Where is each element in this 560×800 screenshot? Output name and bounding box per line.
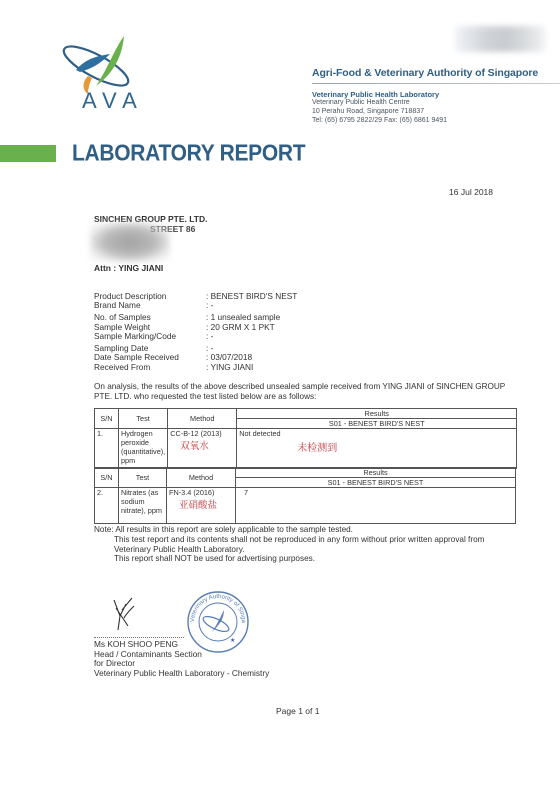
header-method: Method [167,468,236,488]
sample-info: Product Description: BENEST BIRD'S NEST … [94,292,297,372]
lab-address: 10 Perahu Road, Singapore 718837 [312,108,424,115]
info-label: Sample Marking/Code [94,332,206,341]
addressee-attn: Attn : YING JIANI [94,263,163,273]
info-value: : YING JIANI [206,363,253,372]
header-test: Test [119,468,167,488]
lab-centre: Veterinary Public Health Centre [312,99,410,106]
header-sn: S/N [95,468,119,488]
title-accent-bar [0,145,56,162]
note-line: Note: All results in this report are sol… [94,525,484,535]
header-method: Method [168,409,237,429]
info-row: Sample Marking/Code: - [94,332,297,341]
info-value: : - [206,332,213,341]
cell-method: CC-B-12 (2013)双氧水 [168,429,237,469]
note-line: This test report and its contents shall … [94,535,484,545]
header-results: Results [237,409,517,419]
info-row: Brand Name: - [94,301,297,310]
cell-sn: 1. [95,429,119,469]
page-number: Page 1 of 1 [276,706,319,716]
results-table-1: S/N Test Method Results S01 - BENEST BIR… [94,408,517,469]
logo-text: AVA [82,88,144,114]
note-line: This report shall NOT be used for advert… [94,554,484,564]
lab-contact: Tel: (65) 6795 2822/29 Fax: (65) 6861 94… [312,117,447,124]
cell-result: 7 [236,488,516,524]
header-divider [312,83,560,84]
info-value: : - [206,301,213,310]
table-row: 2. Nitrates (as sodium nitrate), ppm FN-… [95,488,516,524]
lab-name: Veterinary Public Health Laboratory [312,90,439,99]
signatory-department: Veterinary Public Health Laboratory - Ch… [94,669,269,679]
intro-paragraph: On analysis, the results of the above de… [94,382,514,402]
cell-sn: 2. [95,488,119,524]
method-annotation: 亚硝酸盐 [179,500,217,511]
signatory-block: Ms KOH SHOO PENG Head / Contaminants Sec… [94,640,269,678]
signature-line [94,637,184,638]
address-redaction [90,222,170,262]
report-date: 16 Jul 2018 [449,187,493,197]
header-sample: S01 - BENEST BIRD'S NEST [237,419,517,429]
cell-method: FN-3.4 (2016)亚硝酸盐 [167,488,236,524]
method-code: CC-B-12 (2013) [170,429,222,438]
info-value: : BENEST BIRD'S NEST [206,292,297,301]
method-annotation: 双氧水 [180,441,209,452]
info-label: Received From [94,363,206,372]
info-label: Brand Name [94,301,206,310]
note-line: Veterinary Public Health Laboratory. [94,545,484,555]
info-row: Received From: YING JIANI [94,363,297,372]
agency-name: Agri-Food & Veterinary Authority of Sing… [312,67,538,79]
info-value: : 20 GRM X 1 PKT [206,323,275,332]
cell-result: Not detected 未检测到 [237,429,517,469]
cell-test: Hydrogen peroxide (quantitative), ppm [119,429,168,469]
notes: Note: All results in this report are sol… [94,525,484,564]
redacted-watermark [455,26,545,52]
signature-icon [108,596,142,636]
header-sn: S/N [95,409,119,429]
result-annotation: 未检测到 [297,439,514,454]
header-sample: S01 - BENEST BIRD'S NEST [236,478,516,488]
table-row: 1. Hydrogen peroxide (quantitative), ppm… [95,429,517,469]
header-test: Test [119,409,168,429]
result-value: Not detected [239,429,280,438]
cell-test: Nitrates (as sodium nitrate), ppm [119,488,167,524]
report-title: LABORATORY REPORT [72,141,305,167]
header-results: Results [236,468,516,478]
method-code: FN-3.4 (2016) [169,488,214,497]
results-table-2: S/N Test Method Results S01 - BENEST BIR… [94,467,516,524]
